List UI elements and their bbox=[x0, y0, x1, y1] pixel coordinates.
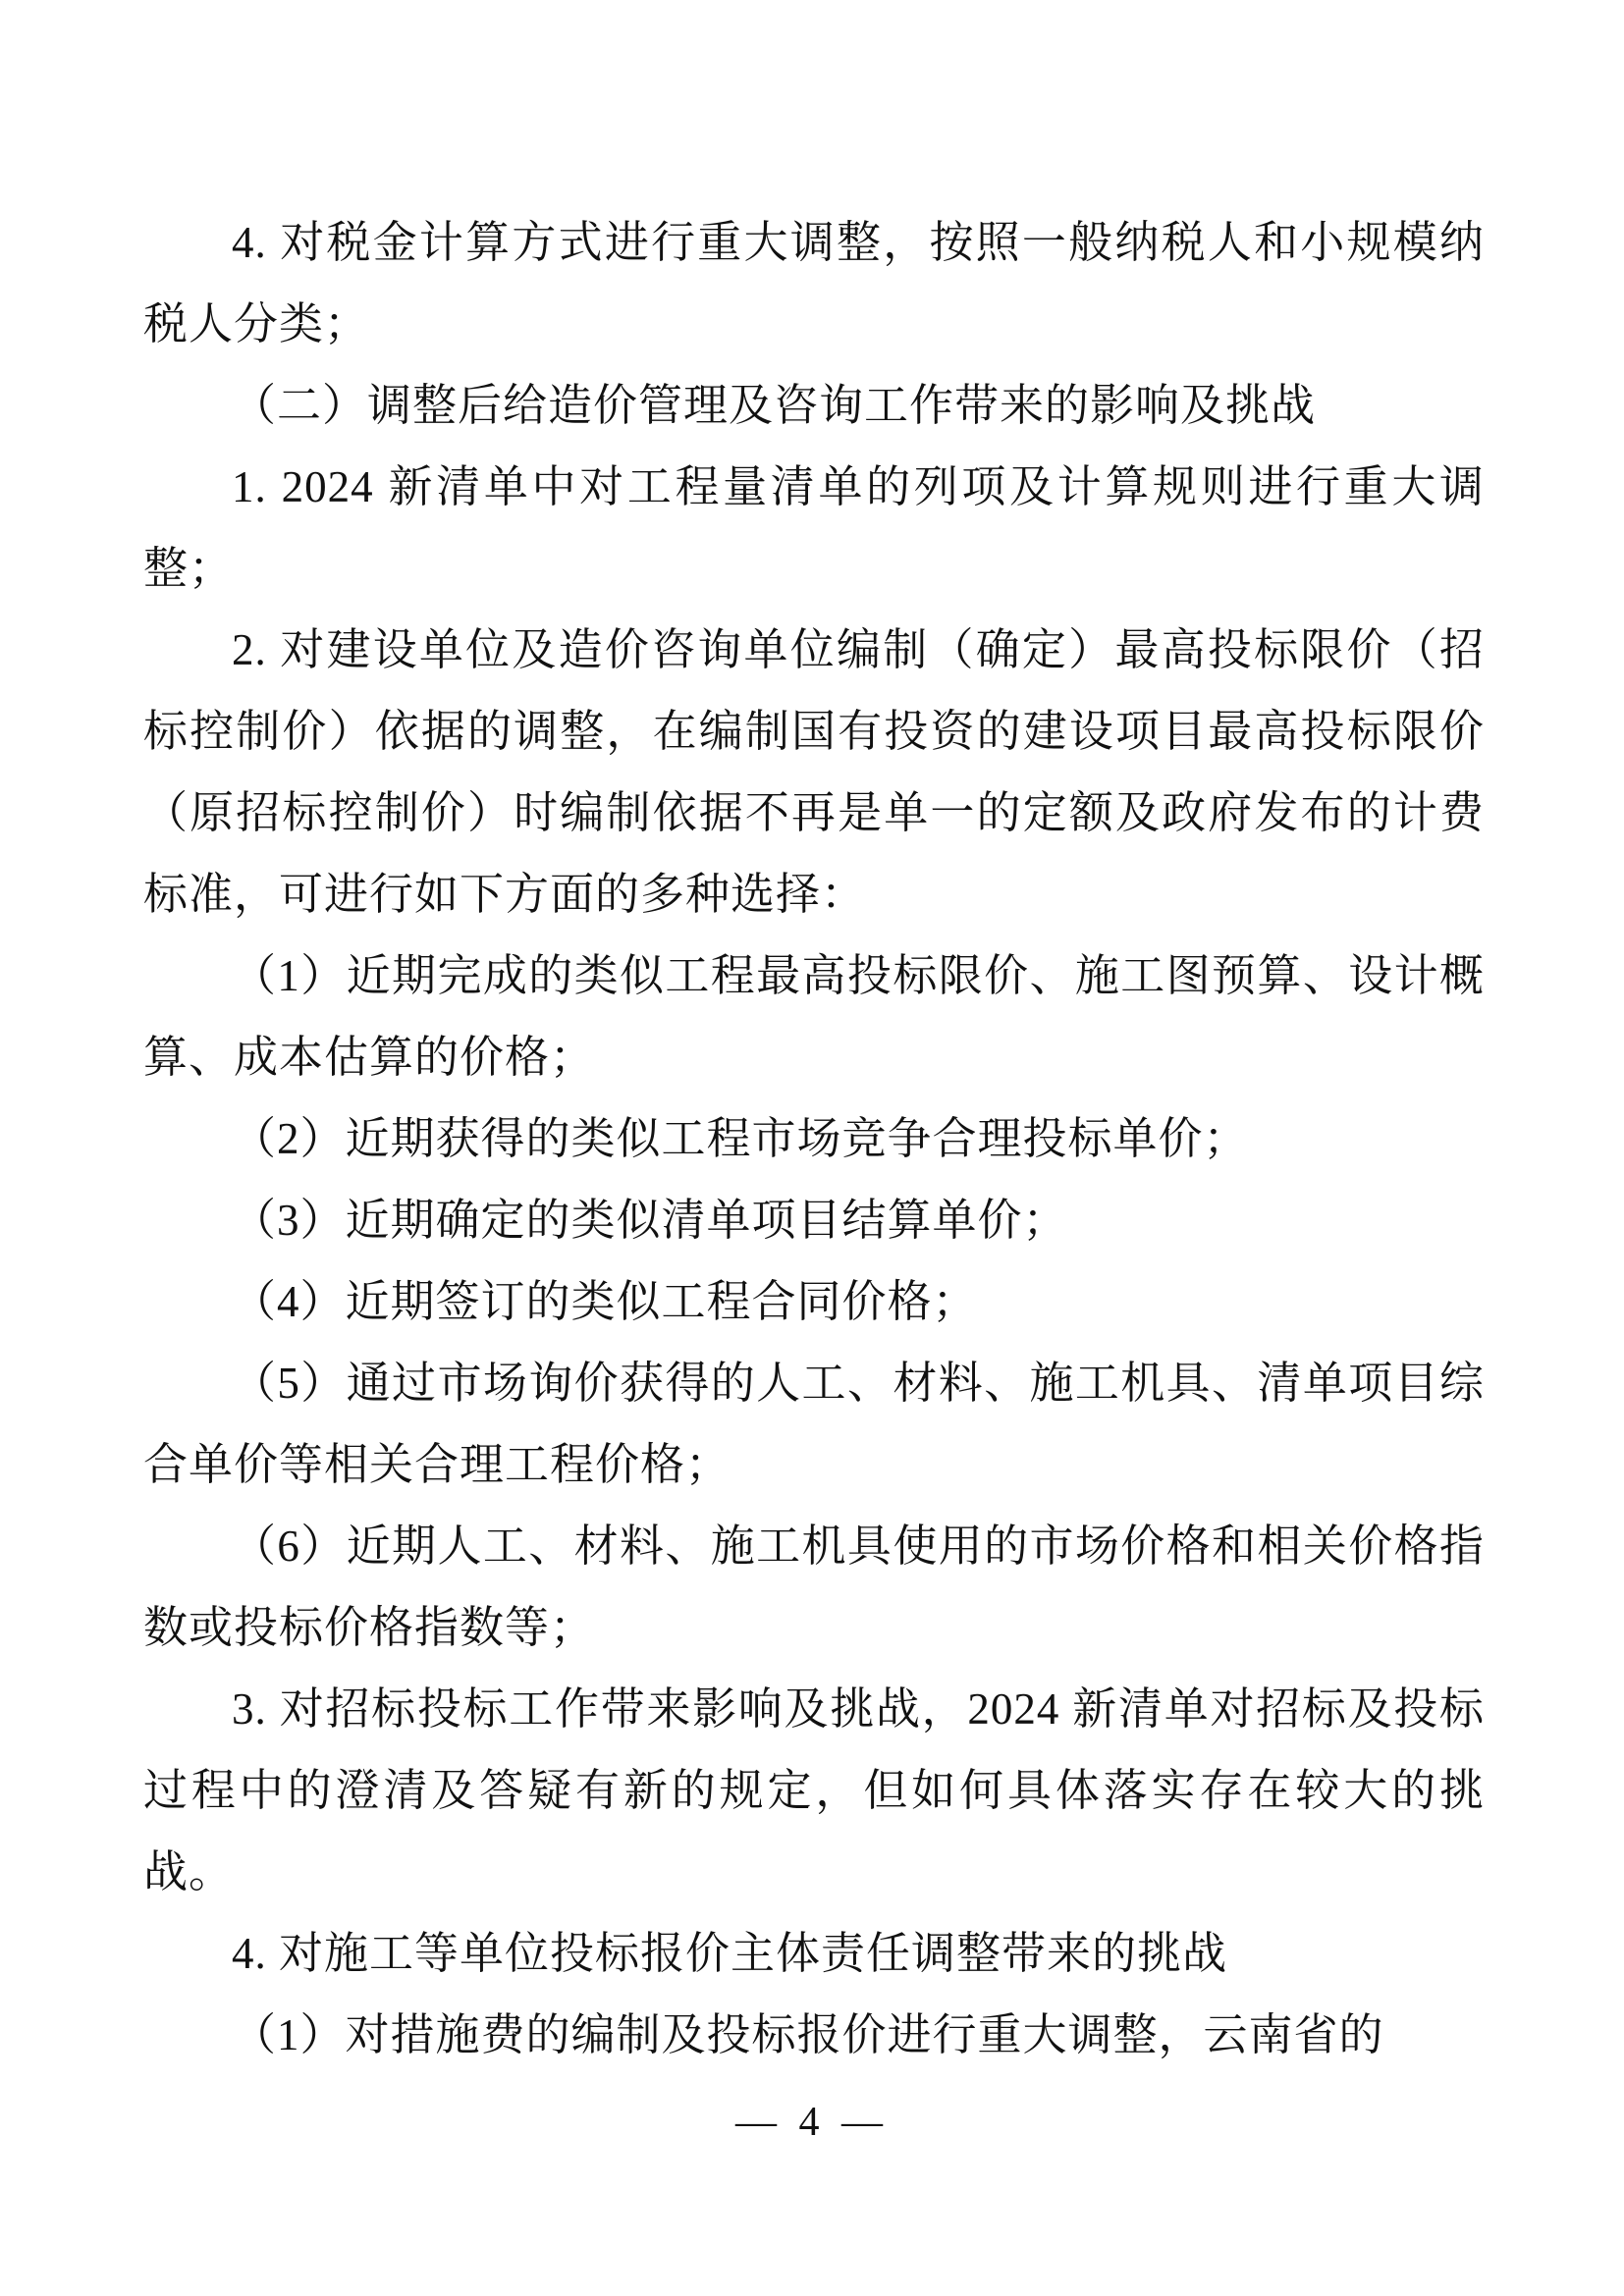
paragraph: （6）近期人工、材料、施工机具使用的市场价格和相关价格指数或投标价格指数等； bbox=[143, 1506, 1485, 1669]
paragraph: （5）通过市场询价获得的人工、材料、施工机具、清单项目综合单价等相关合理工程价格… bbox=[143, 1343, 1485, 1506]
paragraph: （1）近期完成的类似工程最高投标限价、施工图预算、设计概算、成本估算的价格； bbox=[143, 935, 1485, 1098]
document-body: 4. 对税金计算方式进行重大调整，按照一般纳税人和小规模纳税人分类； （二）调整… bbox=[143, 202, 1485, 2076]
page-footer: — 4 — bbox=[0, 2099, 1624, 2146]
paragraph: 2. 对建设单位及造价咨询单位编制（确定）最高投标限价（招标控制价）依据的调整，… bbox=[143, 610, 1485, 935]
paragraph: （3）近期确定的类似清单项目结算单价； bbox=[143, 1180, 1485, 1261]
paragraph: （4）近期签订的类似工程合同价格； bbox=[143, 1261, 1485, 1343]
paragraph: 1. 2024 新清单中对工程量清单的列项及计算规则进行重大调整； bbox=[143, 447, 1485, 610]
paragraph: 4. 对施工等单位投标报价主体责任调整带来的挑战 bbox=[143, 1913, 1485, 1995]
paragraph: 4. 对税金计算方式进行重大调整，按照一般纳税人和小规模纳税人分类； bbox=[143, 202, 1485, 365]
paragraph: （2）近期获得的类似工程市场竞争合理投标单价； bbox=[143, 1098, 1485, 1180]
paragraph: （1）对措施费的编制及投标报价进行重大调整，云南省的 bbox=[143, 1995, 1485, 2076]
paragraph: （二）调整后给造价管理及咨询工作带来的影响及挑战 bbox=[143, 365, 1485, 447]
document-page: 4. 对税金计算方式进行重大调整，按照一般纳税人和小规模纳税人分类； （二）调整… bbox=[0, 0, 1624, 2296]
paragraph: 3. 对招标投标工作带来影响及挑战，2024 新清单对招标及投标过程中的澄清及答… bbox=[143, 1669, 1485, 1913]
page-number: — 4 — bbox=[735, 2100, 889, 2145]
